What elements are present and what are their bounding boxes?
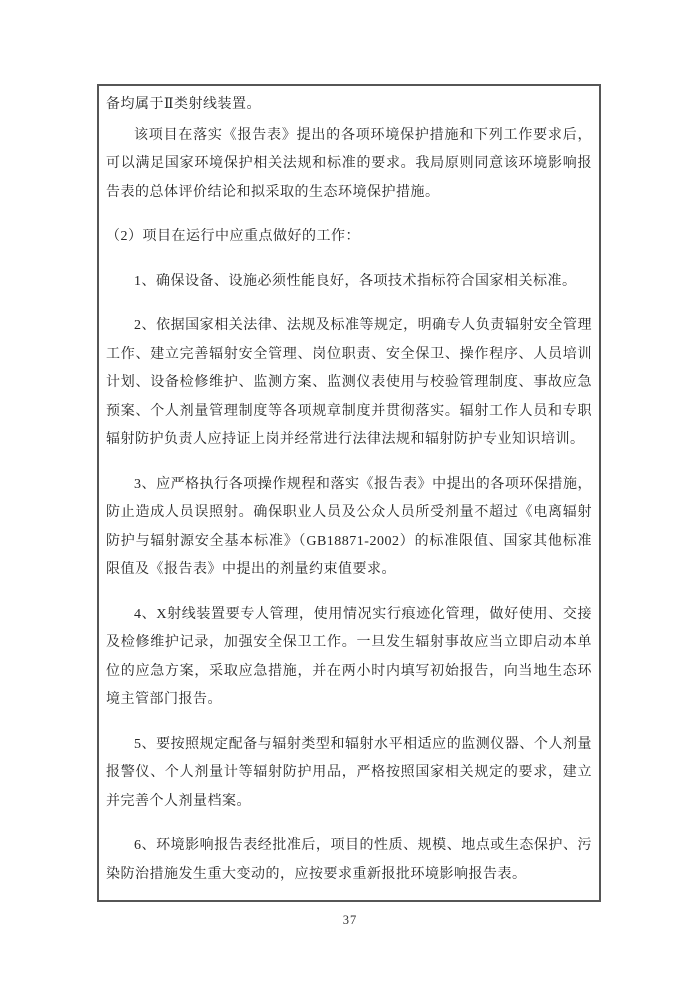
- page-number: 37: [0, 913, 700, 928]
- doc-paragraph-item-5: 5、要按照规定配备与辐射类型和辐射水平相适应的监测仪器、个人剂量报警仪、个人剂量…: [106, 731, 592, 817]
- doc-paragraph-item-6: 6、环境影响报告表经批准后，项目的性质、规模、地点或生态保护、污染防治措施发生重…: [106, 832, 592, 889]
- document-page: 备均属于Ⅱ类射线装置。 该项目在落实《报告表》提出的各项环境保护措施和下列工作要…: [0, 0, 700, 990]
- document-body-cell: 备均属于Ⅱ类射线装置。 该项目在落实《报告表》提出的各项环境保护措施和下列工作要…: [97, 84, 601, 902]
- doc-paragraph-item-1: 1、确保设备、设施必须性能良好，各项技术指标符合国家相关标准。: [106, 268, 592, 297]
- doc-paragraph-section-heading: （2）项目在运行中应重点做好的工作：: [106, 223, 592, 252]
- doc-paragraph-item-2: 2、依据国家相关法律、法规及标准等规定，明确专人负责辐射安全管理工作、建立完善辐…: [106, 312, 592, 455]
- doc-paragraph-item-3: 3、应严格执行各项操作规程和落实《报告表》中提出的各项环保措施，防止造成人员误照…: [106, 471, 592, 585]
- doc-paragraph-continuation: 备均属于Ⅱ类射线装置。: [106, 91, 592, 120]
- doc-paragraph-item-4: 4、X射线装置要专人管理，使用情况实行痕迹化管理，做好使用、交接及检修维护记录，…: [106, 601, 592, 715]
- doc-paragraph-approval-statement: 该项目在落实《报告表》提出的各项环境保护措施和下列工作要求后，可以满足国家环境保…: [106, 122, 592, 208]
